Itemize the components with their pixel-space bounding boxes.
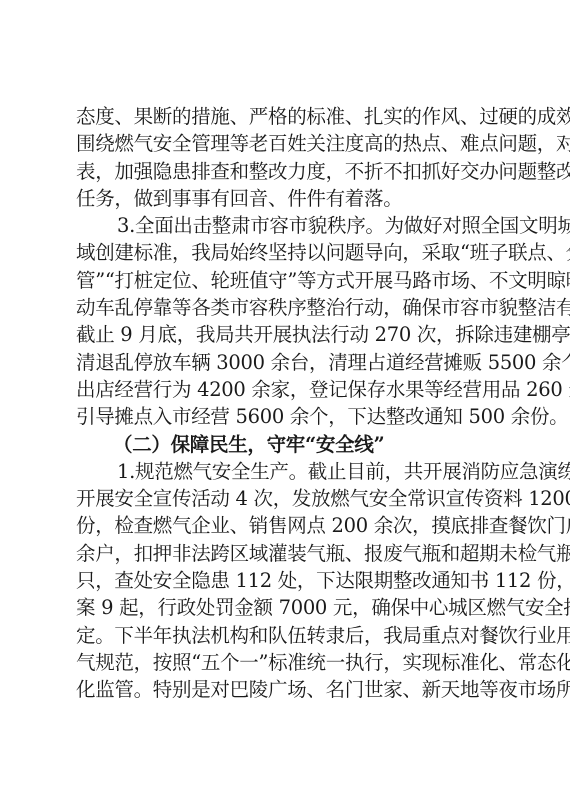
paragraph-line: 份，检查燃气企业、销售网点 200 余次，摸底排查餐饮门店 1600 bbox=[76, 512, 500, 539]
paragraph-line: 3.全面出击整肃市容市貌秩序。为做好对照全国文明城市全 bbox=[76, 212, 500, 239]
paragraph-line: 截止 9 月底，我局共开展执法行动 270 次，拆除违建棚亭 262 个， bbox=[76, 321, 500, 348]
paragraph-line: 开展安全宣传活动 4 次，发放燃气安全常识宣传资料 12000 余 bbox=[76, 485, 500, 512]
section-heading: （二）保障民生，守牢“安全线” bbox=[76, 431, 500, 458]
paragraph-line: 化监管。特别是对巴陵广场、名门世家、新天地等夜市场所用气 bbox=[76, 676, 500, 703]
document-page: 态度、果断的措施、严格的标准、扎实的作风、过硬的成效，紧紧 围绕燃气安全管理等老… bbox=[0, 0, 570, 807]
paragraph-line: 气规范，按照“五个一”标准统一执行，实现标准化、常态化、精细 bbox=[76, 649, 500, 676]
paragraph-line: 引导摊点入市经营 5600 余个，下达整改通知 500 余份。 bbox=[76, 403, 500, 430]
paragraph-line: 定。下半年执法机构和队伍转隶后，我局重点对餐饮行业用户用 bbox=[76, 622, 500, 649]
paragraph-line: 态度、果断的措施、严格的标准、扎实的作风、过硬的成效，紧紧 bbox=[76, 103, 500, 130]
paragraph-line: 余户，扣押非法跨区域灌装气瓶、报废气瓶和超期未检气瓶 218 bbox=[76, 540, 500, 567]
paragraph-line: 只，查处安全隐患 112 处，下达限期整改通知书 112 份，行政立 bbox=[76, 567, 500, 594]
paragraph-line: 表，加强隐患排查和整改力度，不折不扣抓好交办问题整改各项 bbox=[76, 158, 500, 185]
paragraph-line: 案 9 起，行政处罚金额 7000 元，确保中心城区燃气安全持续稳 bbox=[76, 594, 500, 621]
paragraph-line: 管”“打桩定位、轮班值守”等方式开展马路市场、不文明晾晒、机 bbox=[76, 267, 500, 294]
paragraph-line: 出店经营行为 4200 余家，登记保存水果等经营用品 260 余车， bbox=[76, 376, 500, 403]
paragraph-line: 任务，做到事事有回音、件件有着落。 bbox=[76, 185, 500, 212]
paragraph-line: 清退乱停放车辆 3000 余台，清理占道经营摊贩 5500 余个，规范 bbox=[76, 349, 500, 376]
paragraph-line: 1.规范燃气安全生产。截止目前，共开展消防应急演练 2 次， bbox=[76, 458, 500, 485]
paragraph-line: 动车乱停靠等各类市容秩序整治行动，确保市容市貌整洁有序。 bbox=[76, 294, 500, 321]
paragraph-line: 域创建标准，我局始终坚持以问题导向，采取“班子联点、分片包 bbox=[76, 239, 500, 266]
paragraph-line: 围绕燃气安全管理等老百姓关注度高的热点、难点问题，对标对 bbox=[76, 130, 500, 157]
document-body: 态度、果断的措施、严格的标准、扎实的作风、过硬的成效，紧紧 围绕燃气安全管理等老… bbox=[76, 103, 500, 704]
